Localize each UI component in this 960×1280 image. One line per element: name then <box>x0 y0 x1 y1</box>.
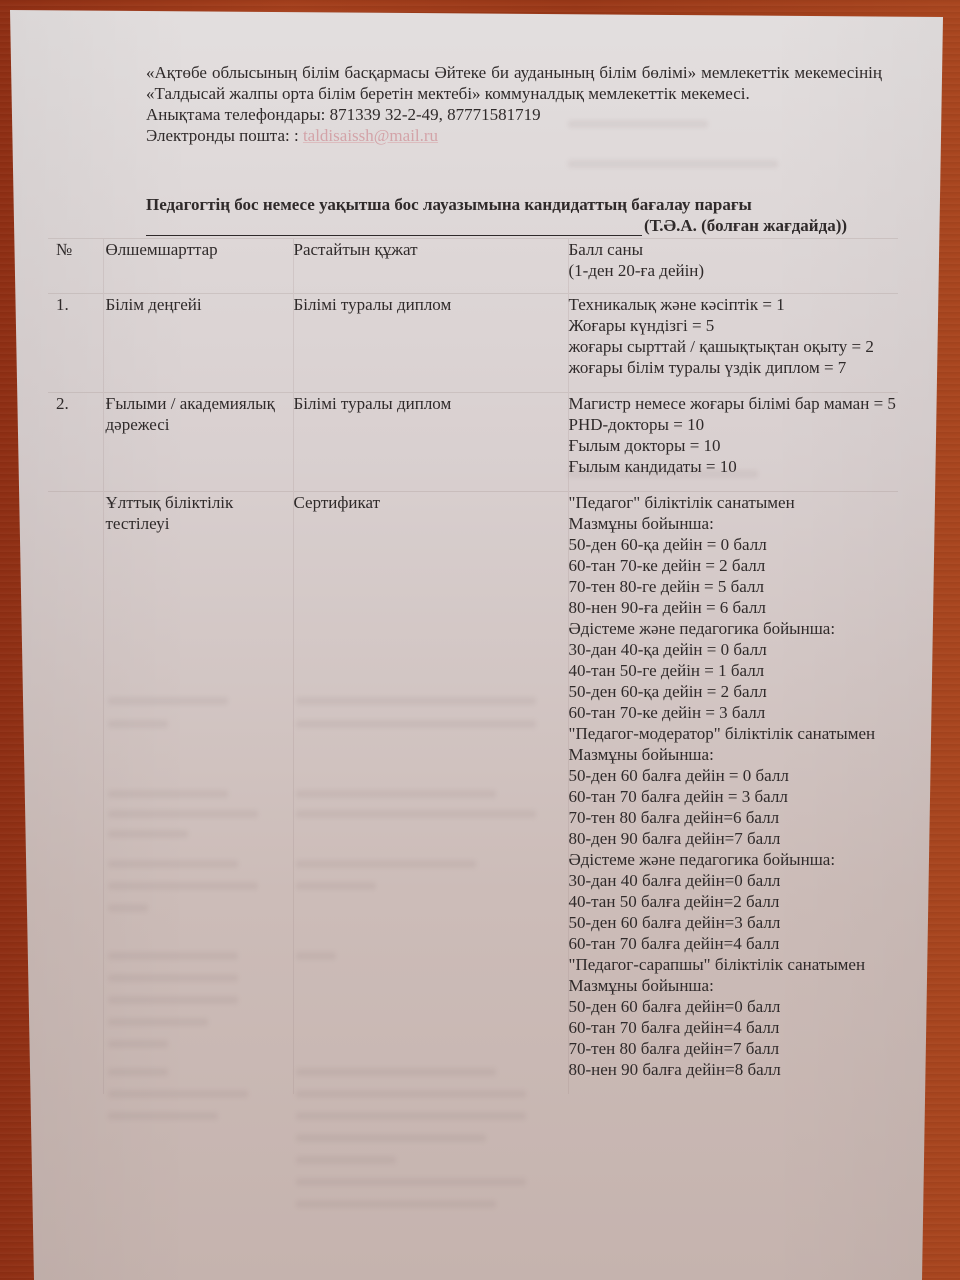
candidate-name-line: (Т.Ә.А. (болған жағдайда)) <box>146 215 876 236</box>
phone-line: Анықтама телефондары: 871339 32-2-49, 87… <box>146 104 882 125</box>
document-cell-text: Білімі туралы диплом <box>294 393 568 428</box>
criteria-cell: Ғылыми / академиялық дәрежесі <box>103 393 293 492</box>
score-rule: PHD-докторы = 10 <box>569 414 899 435</box>
score-rule: 60-тан 70 балға дейін=4 балл <box>569 1017 899 1038</box>
criteria-cell-text: Ұлттық біліктілік тестілеуі <box>104 492 293 548</box>
score-rule: 40-тан 50 балға дейін=2 балл <box>569 891 899 912</box>
score-rule: Әдістеме және педагогика бойынша: <box>569 618 899 639</box>
organization-name: «Ақтөбе облысының білім басқармасы Әйтек… <box>146 62 882 104</box>
score-rule: 70-тен 80 балға дейін=6 балл <box>569 807 899 828</box>
score-rule: жоғары сырттай / қашықтықтан оқыту = 2 <box>569 336 899 357</box>
score-rule: 30-дан 40 балға дейін=0 балл <box>569 870 899 891</box>
score-rule: Мазмұны бойынша: <box>569 744 899 765</box>
evaluation-table: № Өлшемшарттар Растайтын құжат Балл саны… <box>48 238 898 1094</box>
score-rule: 50-ден 60-қа дейін = 2 балл <box>569 681 899 702</box>
header-num-text: № <box>48 239 103 272</box>
score-rule: 80-нен 90-ға дейін = 6 балл <box>569 597 899 618</box>
document-cell-text: Білімі туралы диплом <box>294 294 568 329</box>
document-cell-text: Сертификат <box>294 492 568 527</box>
criteria-cell: Ұлттық біліктілік тестілеуі <box>103 492 293 1095</box>
header-num: № <box>48 239 103 294</box>
score-rule: 40-тан 50-ге дейін = 1 балл <box>569 660 899 681</box>
row-number: 2. <box>48 393 103 492</box>
header-score-range: (1-ден 20-ға дейін) <box>569 260 899 281</box>
score-rule: "Педагог" біліктілік санатымен <box>569 492 899 513</box>
score-rule: Ғылым докторы = 10 <box>569 435 899 456</box>
candidate-name-hint: (Т.Ә.А. (болған жағдайда)) <box>644 215 847 236</box>
score-cell: "Педагог" біліктілік санатыменМазмұны бо… <box>568 492 898 1095</box>
criteria-cell-text: Ғылыми / академиялық дәрежесі <box>104 393 293 449</box>
score-rule: жоғары білім туралы үздік диплом = 7 <box>569 357 899 378</box>
header-criteria-text: Өлшемшарттар <box>104 239 293 272</box>
score-rule: Техникалық және кәсіптік = 1 <box>569 294 899 315</box>
email-link[interactable]: taldisaissh@mail.ru <box>303 126 438 145</box>
score-cell: Техникалық және кәсіптік = 1Жоғары күнді… <box>568 294 898 393</box>
document-cell: Білімі туралы диплом <box>293 393 568 492</box>
score-rule: 60-тан 70 балға дейін=4 балл <box>569 933 899 954</box>
score-rule: 70-тен 80 балға дейін=7 балл <box>569 1038 899 1059</box>
score-rule: 70-тен 80-ге дейін = 5 балл <box>569 576 899 597</box>
row-number-text: 2. <box>48 393 103 428</box>
row-number-text: 1. <box>48 294 103 329</box>
table-row: Ұлттық біліктілік тестілеуіСертификат"Пе… <box>48 492 898 1095</box>
score-rule: 50-ден 60-қа дейін = 0 балл <box>569 534 899 555</box>
score-rule: "Педагог-модератор" біліктілік санатымен <box>569 723 899 744</box>
score-rule: 50-ден 60 балға дейін = 0 балл <box>569 765 899 786</box>
criteria-cell-text: Білім деңгейі <box>104 294 293 329</box>
email-line: Электронды пошта: : taldisaissh@mail.ru <box>146 125 882 146</box>
header-score: Балл саны (1-ден 20-ға дейін) <box>568 239 898 294</box>
header-criteria: Өлшемшарттар <box>103 239 293 294</box>
score-rule: Мазмұны бойынша: <box>569 975 899 996</box>
score-rule: Мазмұны бойынша: <box>569 513 899 534</box>
score-rule: "Педагог-сарапшы" біліктілік санатымен <box>569 954 899 975</box>
score-rule: 80-ден 90 балға дейін=7 балл <box>569 828 899 849</box>
form-title: Педагогтің бос немесе уақытша бос лауазы… <box>146 194 876 236</box>
table-row: 2.Ғылыми / академиялық дәрежесіБілімі ту… <box>48 393 898 492</box>
score-rule: 50-ден 60 балға дейін=3 балл <box>569 912 899 933</box>
row-number-text <box>48 492 103 506</box>
score-rule: Жоғары күндізгі = 5 <box>569 315 899 336</box>
form-title-text: Педагогтің бос немесе уақытша бос лауазы… <box>146 194 876 215</box>
score-rule: Ғылым кандидаты = 10 <box>569 456 899 477</box>
table-row: 1.Білім деңгейіБілімі туралы дипломТехни… <box>48 294 898 393</box>
table-header-row: № Өлшемшарттар Растайтын құжат Балл саны… <box>48 239 898 294</box>
score-rule: 50-ден 60 балға дейін=0 балл <box>569 996 899 1017</box>
header-document: Растайтын құжат <box>293 239 568 294</box>
score-rule: 80-нен 90 балға дейін=8 балл <box>569 1059 899 1080</box>
header-document-text: Растайтын құжат <box>294 239 568 272</box>
score-rule: Магистр немесе жоғары білімі бар маман =… <box>569 393 899 414</box>
row-number <box>48 492 103 1095</box>
score-rule: Әдістеме және педагогика бойынша: <box>569 849 899 870</box>
row-number: 1. <box>48 294 103 393</box>
score-rule: 30-дан 40-қа дейін = 0 балл <box>569 639 899 660</box>
document-cell: Сертификат <box>293 492 568 1095</box>
header-score-text: Балл саны <box>569 239 899 260</box>
score-cell: Магистр немесе жоғары білімі бар маман =… <box>568 393 898 492</box>
email-label: Электронды пошта: : <box>146 126 303 145</box>
score-rule: 60-тан 70-ке дейін = 3 балл <box>569 702 899 723</box>
score-rule: 60-тан 70-ке дейін = 2 балл <box>569 555 899 576</box>
criteria-cell: Білім деңгейі <box>103 294 293 393</box>
score-rule: 60-тан 70 балға дейін = 3 балл <box>569 786 899 807</box>
document-cell: Білімі туралы диплом <box>293 294 568 393</box>
candidate-name-field[interactable] <box>146 218 642 236</box>
organization-header: «Ақтөбе облысының білім басқармасы Әйтек… <box>146 62 882 146</box>
